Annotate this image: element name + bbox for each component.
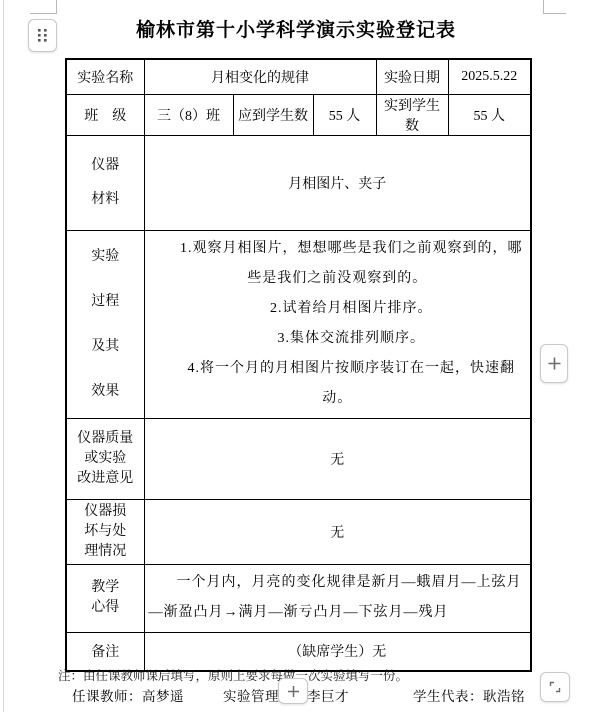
class-value: 三（8）班 [144, 94, 233, 135]
table-row: 教学 心得 一个月内，月亮的变化规律是新月—蛾眉月—上弦月—渐盈凸月→满月—渐亏… [66, 564, 531, 632]
process-steps: 1.观察月相图片，想想哪些是我们之前观察到的，哪些是我们之前没观察到的。 2.试… [144, 230, 531, 418]
expected-students-value: 55 人 [313, 94, 376, 135]
table-row: 仪器质量 或实验 改进意见 无 [66, 418, 531, 499]
process-label: 实验 过程 及其 效果 [66, 230, 144, 418]
add-annotation-button-right[interactable] [540, 344, 568, 383]
experiment-date-label: 实验日期 [376, 59, 448, 94]
experiment-name-label: 实验名称 [66, 59, 144, 94]
student-signature: 学生代表：耿浩铭 [413, 685, 525, 705]
table-row: 实验 过程 及其 效果 1.观察月相图片，想想哪些是我们之前观察到的，哪些是我们… [66, 230, 531, 418]
plus-icon [546, 355, 563, 372]
expand-corners-icon [547, 679, 563, 695]
teacher-signature: 任课教师：高梦遥 [72, 685, 184, 705]
materials-label: 仪器 材料 [66, 135, 144, 230]
quality-value: 无 [144, 418, 531, 499]
expand-fullscreen-button[interactable] [540, 672, 570, 702]
reflection-value: 一个月内，月亮的变化规律是新月—蛾眉月—上弦月—渐盈凸月→满月—渐亏凸月—下弦月… [144, 564, 531, 632]
quality-label: 仪器质量 或实验 改进意见 [66, 418, 144, 499]
experiment-name-value: 月相变化的规律 [144, 59, 376, 94]
page-title: 榆林市第十小学科学演示实验登记表 [0, 15, 592, 42]
text-boundary-mark-left [30, 0, 57, 14]
grid-handle-button[interactable] [28, 19, 57, 52]
page-left-edge [3, 0, 4, 712]
process-step: 3.集体交流排列顺序。 [149, 324, 527, 354]
expected-students-label: 应到学生数 [233, 94, 313, 135]
table-row: 实验名称 月相变化的规律 实验日期 2025.5.22 [66, 59, 531, 94]
damage-value: 无 [144, 499, 531, 564]
process-step: 1.观察月相图片，想想哪些是我们之前观察到的，哪些是我们之前没观察到的。 [149, 234, 527, 294]
plus-icon [286, 684, 301, 699]
actual-students-value: 55 人 [448, 94, 531, 135]
text-boundary-mark-right [543, 0, 566, 14]
table-row: 仪器 材料 月相图片、夹子 [66, 135, 531, 230]
process-step: 4.将一个月的月相图片按顺序装订在一起，快速翻动。 [149, 354, 527, 414]
class-label: 班 级 [66, 94, 144, 135]
reflection-label: 教学 心得 [66, 564, 144, 632]
experiment-date-value: 2025.5.22 [448, 59, 531, 94]
experiment-registration-table: 实验名称 月相变化的规律 实验日期 2025.5.22 班 级 三（8）班 应到… [65, 58, 532, 672]
actual-students-label: 实到学生数 [376, 94, 448, 135]
materials-value: 月相图片、夹子 [144, 135, 531, 230]
table-row: 班 级 三（8）班 应到学生数 55 人 实到学生数 55 人 [66, 94, 531, 135]
add-annotation-button-bottom[interactable] [278, 678, 308, 704]
footer-note: 注：由任课教师课后填写，原则上要求每做一次实验填写一份。 [58, 666, 408, 684]
table-row: 仪器损 坏与处 理情况 无 [66, 499, 531, 564]
process-step: 2.试着给月相图片排序。 [149, 294, 527, 324]
grid-dots-icon [37, 28, 48, 43]
damage-label: 仪器损 坏与处 理情况 [66, 499, 144, 564]
